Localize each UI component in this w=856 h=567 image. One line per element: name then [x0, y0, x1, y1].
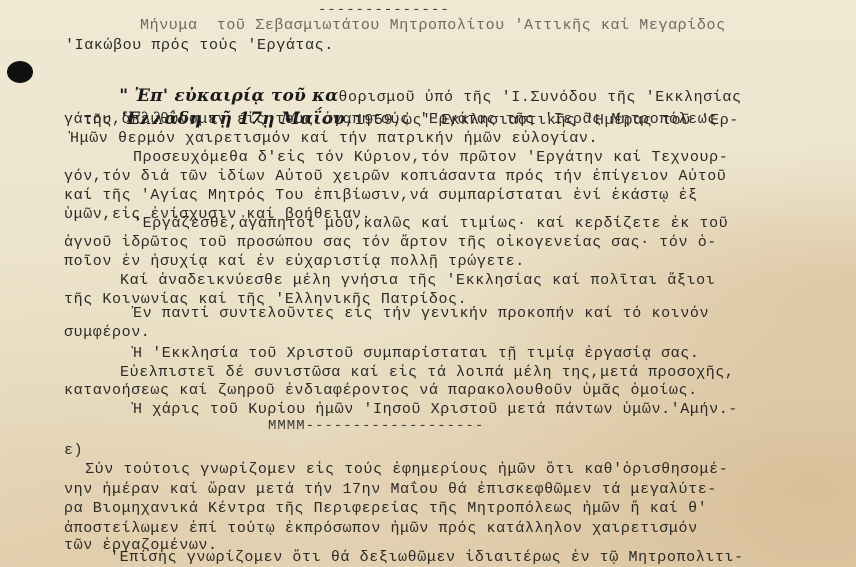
section-e-line-2: νην ἡμέραν καί ὥραν μετά τήν 17ην Μαΐου …	[64, 481, 717, 499]
paragraph-4-line-1: Καί ἀναδεικνύεσθε μέλη γνήσια τῆς 'Εκκλη…	[120, 272, 715, 290]
closing-blessing: Ἡ χάρις τοῦ Κυρίου ἡμῶν 'Ιησοῦ Χριστοῦ μ…	[133, 401, 738, 419]
section-label: ε)	[64, 442, 83, 460]
punch-hole	[7, 61, 33, 83]
section-e-line-1: Σύν τούτοις γνωρίζομεν εἰς τούς ἐφημερίο…	[85, 461, 728, 479]
heading-line-1: Μήνυμα τοῦ Σεβασμιωτάτου Μητροπολίτου 'Α…	[140, 17, 726, 35]
paragraph-5-line-2: συμφέρον.	[64, 324, 150, 342]
paragraph-6: Ἡ 'Εκκλησία τοῦ Χριστοῦ συμπαρίσταται τῇ…	[133, 345, 700, 363]
paragraph-7-line-1: Εὐελπιστεῖ δέ συνιστῶσα καί εἰς τά λοιπά…	[120, 364, 735, 382]
paragraph-7-line-2: κατανοήσεως καί ζωηροῦ ἐνδιαφέροντος νά …	[64, 382, 698, 400]
paragraph-3-line-1: 'Εργάζεσθε,ἀγαπητοί μου,καλῶς καί τιμίως…	[133, 215, 728, 233]
paragraph-2-line-2: γόν,τόν διά τῶν ἰδίων Αὐτοῦ χειρῶν κοπιά…	[64, 168, 727, 186]
paragraph-3-line-3: ποῖον ἐν ἡσυχίᾳ καί ἐν εὐχαριστίᾳ πολλῇ …	[64, 253, 525, 271]
paragraph-3-line-2: ἁγνοῦ ἱδρῶτος τοῦ προσώπου σας τόν ἄρτον…	[64, 234, 717, 252]
section-e-line-3: ρα Βιομηχανικά Κέντρα τῆς Περιφερείας τῆ…	[64, 500, 707, 518]
paragraph-2-line-3: καί τῆς 'Αγίας Μητρός Του ἐπιβίωσιν,νά σ…	[64, 187, 698, 205]
closing-divider: ΜΜΜΜ-------------------	[268, 418, 484, 434]
top-rule: --------------	[318, 2, 450, 18]
paragraph-5-line-1: Ἐν παντί συντελοῦντες εἰς τήν γενικήν πρ…	[133, 305, 709, 323]
heading-line-2: 'Ιακώβου πρός τούς 'Εργάτας.	[65, 37, 334, 55]
section-e-line-4: ἀποστείλωμεν ἐπί τούτῳ ἐκπρόσωπον ἡμῶν π…	[64, 520, 698, 538]
section-e-line-6: 'Επίσης γνωρίζομεν ὅτι θά δεξιωθῶμεν ἰδι…	[110, 549, 744, 567]
paragraph-1-line-4: Ἡμῶν θερμόν χαιρετισμόν καί τήν πατρικήν…	[70, 130, 598, 148]
paragraph-1-line-3: γάτου,ἀπευθύνομεν εἰς τούς ἀγαπητούς 'Ερ…	[64, 111, 717, 129]
paragraph-2-line-1: Προσευχόμεθα δ'εἰς τόν Κύριον,τόν πρῶτον…	[133, 149, 728, 167]
